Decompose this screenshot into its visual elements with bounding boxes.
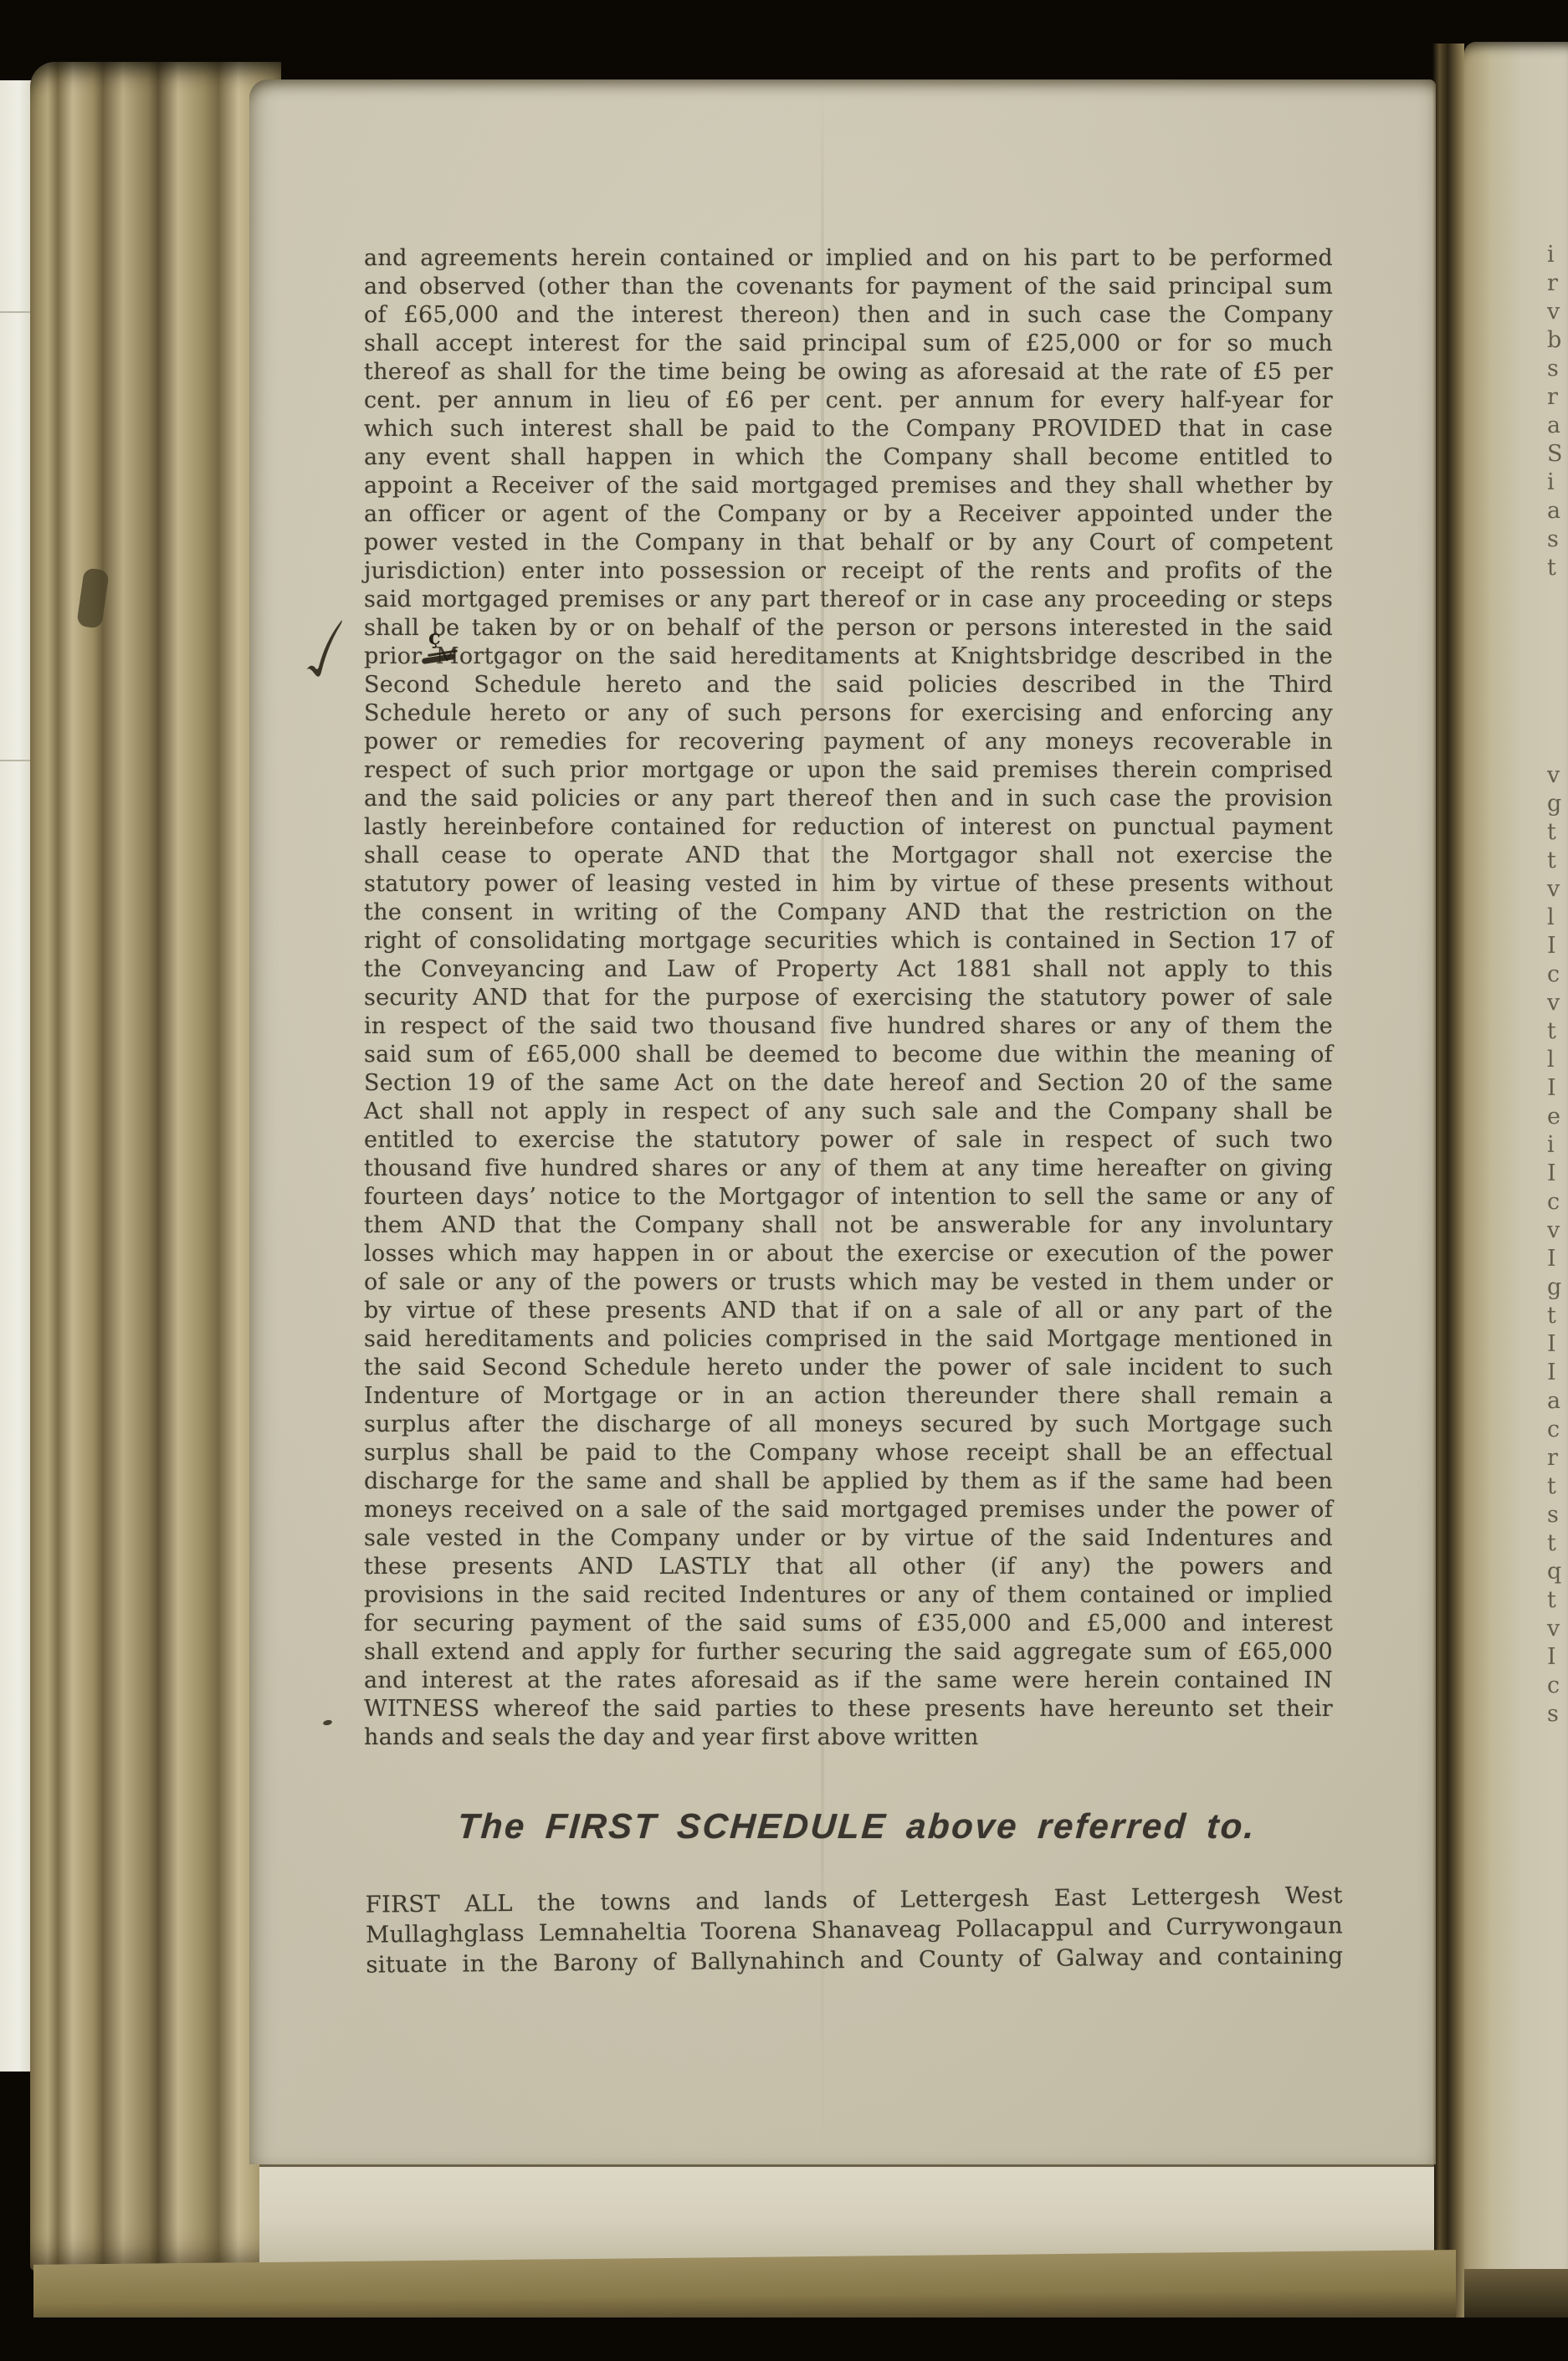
letter-fragment: i xyxy=(1547,1133,1568,1158)
text-line: respect of such prior mortgage or upon t… xyxy=(364,756,1333,785)
letter-fragment: c xyxy=(1547,1190,1568,1215)
text-line: sale vested in the Company under or by v… xyxy=(364,1524,1333,1553)
flyleaf-seam xyxy=(0,311,33,313)
text-line: jurisdiction) enter into possession or r… xyxy=(364,557,1333,586)
text-line: statutory power of leasing vested in him… xyxy=(364,870,1333,899)
text-line: in respect of the said two thousand five… xyxy=(364,1012,1333,1041)
letter-fragment: a xyxy=(1547,499,1568,524)
text-line: Schedule hereto or any of such persons f… xyxy=(364,699,1333,728)
letter-fragment: I xyxy=(1547,1332,1568,1357)
letter-fragment: t xyxy=(1547,1303,1568,1329)
letter-fragment: i xyxy=(1547,243,1568,268)
text-line: moneys received on a sale of the said mo… xyxy=(364,1496,1333,1524)
text-line: prior Mortgagor on the said hereditament… xyxy=(364,643,1333,671)
text-line: power vested in the Company in that beha… xyxy=(364,529,1333,557)
text-line: thousand five hundred shares or any of t… xyxy=(364,1155,1333,1183)
letter-fragment: v xyxy=(1547,1218,1568,1243)
letter-fragment: t xyxy=(1547,1474,1568,1499)
book-page: and agreements herein contained or impli… xyxy=(249,79,1436,2164)
letter-fragment: l xyxy=(1547,1047,1568,1073)
text-line: said sum of £65,000 shall be deemed to b… xyxy=(364,1041,1333,1069)
text-line: of £65,000 and the interest thereon) the… xyxy=(364,301,1333,330)
page-edge-stack xyxy=(30,62,281,2271)
background-bottom xyxy=(0,2317,1568,2361)
text-line: said hereditaments and policies comprise… xyxy=(364,1325,1333,1354)
page-fold-crease xyxy=(821,79,824,2164)
text-line: shall cease to operate AND that the Mort… xyxy=(364,842,1333,870)
letter-fragment: v xyxy=(1547,1616,1568,1641)
text-line: which such interest shall be paid to the… xyxy=(364,415,1333,443)
text-line: thereof as shall for the time being be o… xyxy=(364,358,1333,387)
text-line: Second Schedule hereto and the said poli… xyxy=(364,671,1333,699)
letter-fragment: a xyxy=(1547,1389,1568,1414)
text-line: by virtue of these presents AND that if … xyxy=(364,1297,1333,1325)
text-line: them AND that the Company shall not be a… xyxy=(364,1211,1333,1240)
text-line: and observed (other than the covenants f… xyxy=(364,273,1333,301)
letter-fragment: t xyxy=(1547,1531,1568,1556)
text-line: said mortgaged premises or any part ther… xyxy=(364,586,1333,614)
letter-fragment: s xyxy=(1547,1702,1568,1727)
text-line: shall extend and apply for further secur… xyxy=(364,1638,1333,1667)
letter-fragment: b xyxy=(1547,328,1568,353)
text-line: power or remedies for recovering payment… xyxy=(364,728,1333,756)
letter-fragment: t xyxy=(1547,1588,1568,1613)
text-line: surplus after the discharge of all money… xyxy=(364,1411,1333,1439)
letter-fragment: v xyxy=(1547,877,1568,902)
letter-fragment: s xyxy=(1547,527,1568,552)
text-line: hands and seals the day and year first a… xyxy=(364,1723,1333,1752)
facing-page-text-fragments: irvbsraSiastvgttvlIcvtlIeiIcvIgtIIacrtst… xyxy=(1547,0,1568,2361)
text-line: any event shall happen in which the Comp… xyxy=(364,443,1333,472)
letter-fragment: e xyxy=(1547,1104,1568,1129)
letter-fragment: g xyxy=(1547,1275,1568,1300)
text-line: for securing payment of the said sums of… xyxy=(364,1610,1333,1638)
letter-fragment: t xyxy=(1547,848,1568,873)
letter-fragment: r xyxy=(1547,385,1568,410)
text-line: surplus shall be paid to the Company who… xyxy=(364,1439,1333,1467)
text-line: entitled to exercise the statutory power… xyxy=(364,1126,1333,1155)
letter-fragment: I xyxy=(1547,1360,1568,1385)
text-line: Section 19 of the same Act on the date h… xyxy=(364,1069,1333,1098)
text-line: Act shall not apply in respect of any su… xyxy=(364,1098,1333,1126)
letter-fragment: c xyxy=(1547,1417,1568,1442)
letter-fragment: l xyxy=(1547,905,1568,930)
letter-fragment: c xyxy=(1547,962,1568,987)
schedule-heading: The FIRST SCHEDULE above referred to. xyxy=(362,1806,1350,1846)
letter-fragment: v xyxy=(1547,991,1568,1016)
text-line: of sale or any of the powers or trusts w… xyxy=(364,1268,1333,1297)
text-line: lastly hereinbefore contained for reduct… xyxy=(364,813,1333,842)
schedule-paragraph: FIRST ALL the towns and lands of Letterg… xyxy=(366,1880,1344,1979)
letter-fragment: r xyxy=(1547,271,1568,296)
letter-fragment: i xyxy=(1547,470,1568,495)
text-line: these presents AND LASTLY that all other… xyxy=(364,1553,1333,1581)
page-bottom-edge xyxy=(259,2164,1434,2264)
text-line: WITNESS whereof the said parties to thes… xyxy=(364,1695,1333,1723)
checkmark-annotation-left xyxy=(297,616,354,689)
letter-fragment: t xyxy=(1547,556,1568,581)
text-line: the said Second Schedule hereto under th… xyxy=(364,1354,1333,1382)
text-line: and the said policies or any part thereo… xyxy=(364,785,1333,813)
text-line: the Conveyancing and Law of Property Act… xyxy=(364,955,1333,984)
letter-fragment: I xyxy=(1547,1247,1568,1272)
book-gutter xyxy=(1432,44,1464,2321)
letter-fragment: S xyxy=(1547,442,1568,467)
letter-fragment: v xyxy=(1547,763,1568,788)
text-line: the consent in writing of the Company AN… xyxy=(364,899,1333,927)
letter-fragment: t xyxy=(1547,1019,1568,1044)
letter-fragment: s xyxy=(1547,1503,1568,1528)
flyleaf-seam xyxy=(0,760,33,761)
letter-fragment: I xyxy=(1547,1076,1568,1101)
letter-fragment: I xyxy=(1547,934,1568,959)
text-line: discharge for the same and shall be appl… xyxy=(364,1467,1333,1496)
letter-fragment: r xyxy=(1547,1446,1568,1471)
letter-fragment: c xyxy=(1547,1673,1568,1698)
text-line: security AND that for the purpose of exe… xyxy=(364,984,1333,1012)
text-line: fourteen days’ notice to the Mortgagor o… xyxy=(364,1183,1333,1211)
letter-fragment: v xyxy=(1547,300,1568,325)
deed-body-paragraph: and agreements herein contained or impli… xyxy=(364,244,1333,1752)
text-line: and interest at the rates aforesaid as i… xyxy=(364,1667,1333,1695)
text-line: right of consolidating mortgage securiti… xyxy=(364,927,1333,955)
text-line: FIRST ALL the towns and lands of Letterg… xyxy=(366,1880,1343,1919)
letter-fragment: g xyxy=(1547,791,1568,817)
text-line: provisions in the said recited Indenture… xyxy=(364,1581,1333,1610)
flyleaf-edge xyxy=(0,80,33,2072)
text-line: and agreements herein contained or impli… xyxy=(364,244,1333,273)
letter-fragment: s xyxy=(1547,356,1568,382)
letter-fragment: t xyxy=(1547,820,1568,845)
text-line: situate in the Barony of Ballynahinch an… xyxy=(366,1940,1343,1979)
letter-fragment: a xyxy=(1547,413,1568,438)
letter-fragment: q xyxy=(1547,1559,1568,1585)
text-line: cent. per annum in lieu of £6 per cent. … xyxy=(364,387,1333,415)
letter-fragment: I xyxy=(1547,1645,1568,1670)
text-line: Indenture of Mortgage or in an action th… xyxy=(364,1382,1333,1411)
text-line: Mullaghglass Lemnaheltia Toorena Shanave… xyxy=(366,1910,1343,1949)
text-line: an officer or agent of the Company or by… xyxy=(364,500,1333,529)
text-line: appoint a Receiver of the said mortgaged… xyxy=(364,472,1333,500)
ink-caret-mark: ç xyxy=(428,629,437,646)
text-line: shall be taken by or on behalf of the pe… xyxy=(364,614,1333,643)
letter-fragment: I xyxy=(1547,1161,1568,1186)
text-line: losses which may happen in or about the … xyxy=(364,1240,1333,1268)
book-scan: and agreements herein contained or impli… xyxy=(0,0,1568,2361)
text-line: shall accept interest for the said princ… xyxy=(364,330,1333,358)
